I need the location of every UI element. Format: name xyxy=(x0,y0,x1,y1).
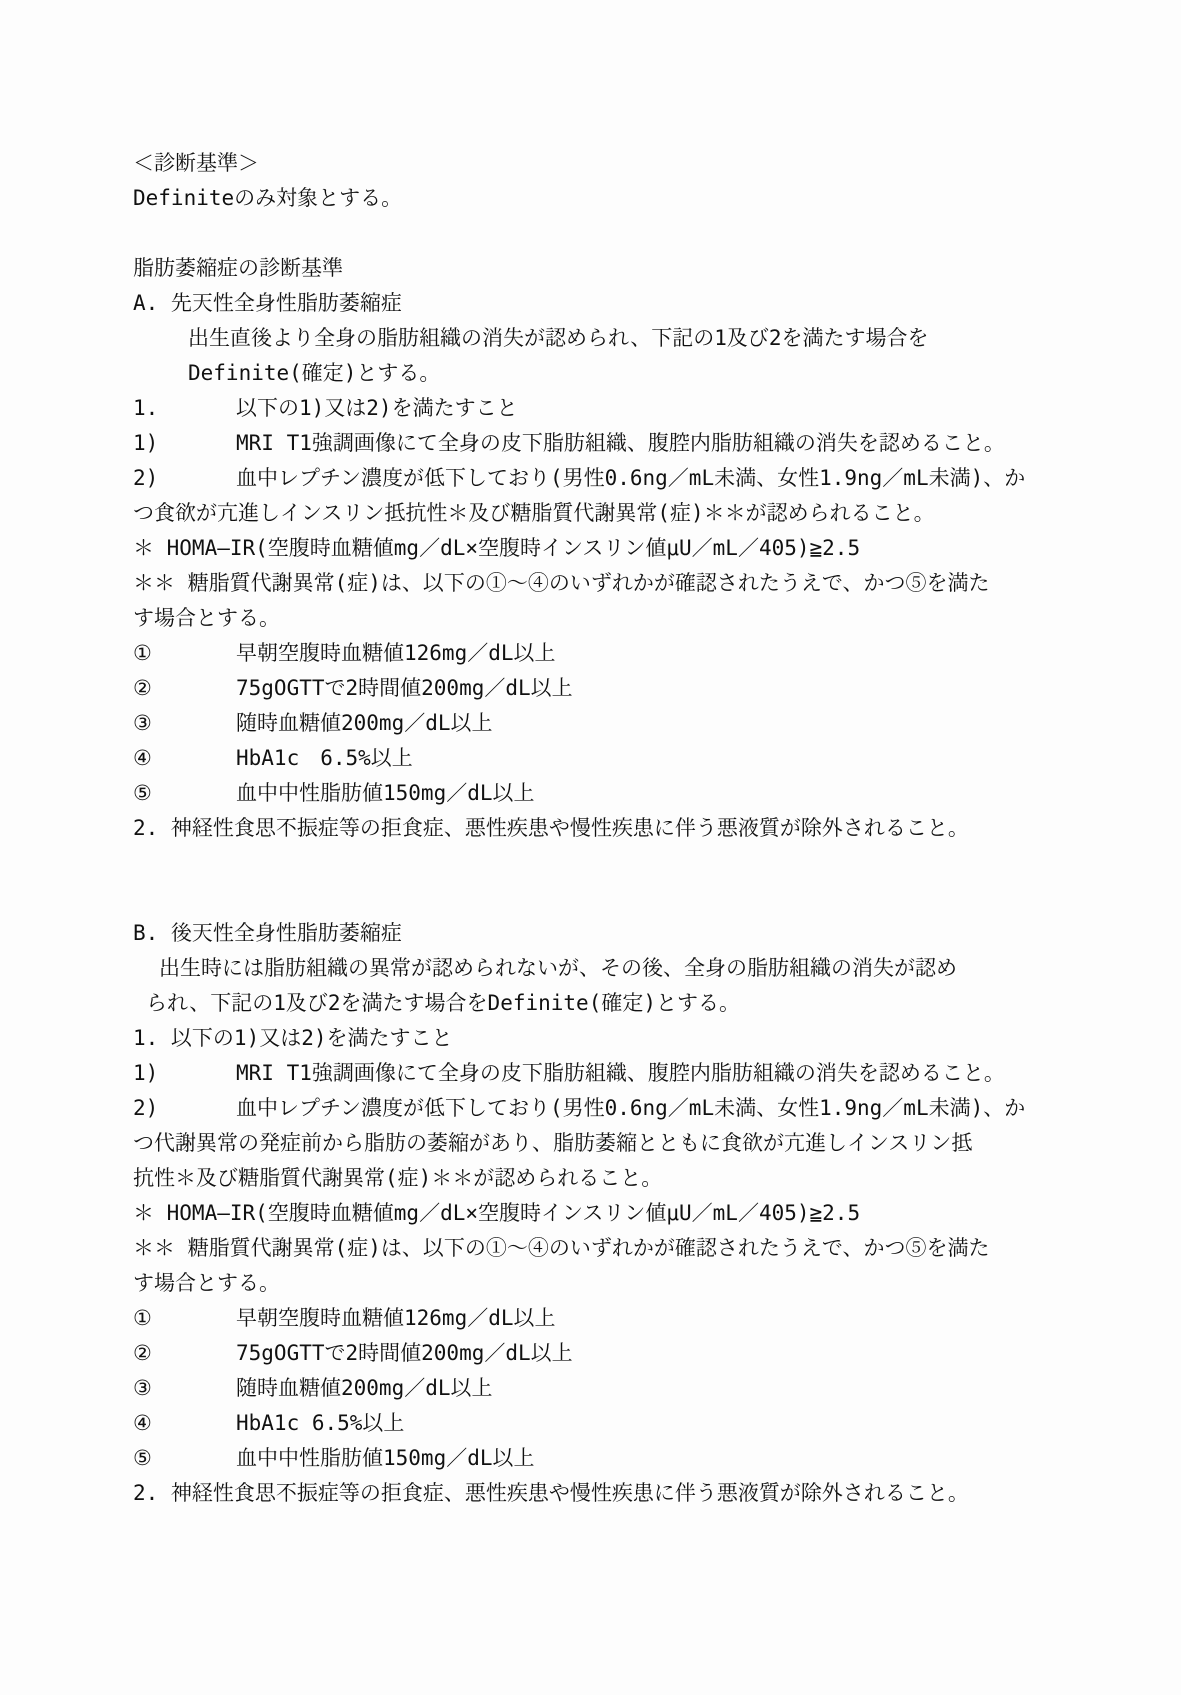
text-line: ②75gOGTTで2時間値200mg／dL以上 xyxy=(133,1336,1046,1371)
line-text: ＊ HOMA―IR(空腹時血糖値mg／dL×空腹時インスリン値μU／mL／405… xyxy=(133,1201,860,1225)
text-line: 抗性＊及び糖脂質代謝異常(症)＊＊が認められること。 xyxy=(133,1161,1046,1196)
line-text: 血中中性脂肪値150mg／dL以上 xyxy=(236,781,535,805)
line-text: 血中レプチン濃度が低下しており(男性0.6ng／mL未満、女性1.9ng／mL未… xyxy=(236,1096,1025,1120)
text-line: Definite(確定)とする。 xyxy=(133,356,1046,391)
text-line: す場合とする。 xyxy=(133,1266,1046,1301)
text-line: ①早朝空腹時血糖値126mg／dL以上 xyxy=(133,636,1046,671)
text-line: す場合とする。 xyxy=(133,601,1046,636)
line-text: 随時血糖値200mg／dL以上 xyxy=(236,711,493,735)
line-text: B. 後天性全身性脂肪萎縮症 xyxy=(133,921,402,945)
list-marker: 1. xyxy=(133,391,236,426)
text-line: ⑤血中中性脂肪値150mg／dL以上 xyxy=(133,776,1046,811)
line-text: 出生時には脂肪組織の異常が認められないが、その後、全身の脂肪組織の消失が認め xyxy=(159,956,957,980)
text-line: 出生時には脂肪組織の異常が認められないが、その後、全身の脂肪組織の消失が認め xyxy=(133,951,1046,986)
text-line: Definiteのみ対象とする。 xyxy=(133,181,1046,216)
line-text: ＊＊ 糖脂質代謝異常(症)は、以下の①～④のいずれかが確認されたうえで、かつ⑤を… xyxy=(133,1236,990,1260)
text-line: 1. 以下の1)又は2)を満たすこと xyxy=(133,1021,1046,1056)
line-text: 脂肪萎縮症の診断基準 xyxy=(133,256,343,280)
text-line xyxy=(133,881,1046,916)
line-text: つ食欲が亢進しインスリン抵抗性＊及び糖脂質代謝異常(症)＊＊が認められること。 xyxy=(133,501,935,525)
line-text: す場合とする。 xyxy=(133,1271,280,1295)
list-marker: ② xyxy=(133,671,236,706)
text-line: 1)MRI T1強調画像にて全身の皮下脂肪組織、腹腔内脂肪組織の消失を認めること… xyxy=(133,426,1046,461)
text-line: ①早朝空腹時血糖値126mg／dL以上 xyxy=(133,1301,1046,1336)
list-marker: ⑤ xyxy=(133,1441,236,1476)
text-line: 出生直後より全身の脂肪組織の消失が認められ、下記の1及び2を満たす場合を xyxy=(133,321,1046,356)
line-text: 以下の1)又は2)を満たすこと xyxy=(236,396,518,420)
text-line: ＜診断基準＞ xyxy=(133,146,1046,181)
text-line: ④HbA1c 6.5%以上 xyxy=(133,1406,1046,1441)
list-marker: ⑤ xyxy=(133,776,236,811)
text-line: 1.以下の1)又は2)を満たすこと xyxy=(133,391,1046,426)
line-text: ＊ HOMA―IR(空腹時血糖値mg／dL×空腹時インスリン値μU／mL／405… xyxy=(133,536,860,560)
text-line: A. 先天性全身性脂肪萎縮症 xyxy=(133,286,1046,321)
line-text: HbA1c 6.5%以上 xyxy=(236,746,413,770)
list-marker: 2) xyxy=(133,461,236,496)
list-marker: 1) xyxy=(133,426,236,461)
text-line: 2. 神経性食思不振症等の拒食症、悪性疾患や慢性疾患に伴う悪液質が除外されること… xyxy=(133,1476,1046,1511)
text-line: られ、下記の1及び2を満たす場合をDefinite(確定)とする。 xyxy=(133,986,1046,1021)
line-text: 2. 神経性食思不振症等の拒食症、悪性疾患や慢性疾患に伴う悪液質が除外されること… xyxy=(133,1481,969,1505)
document-body: ＜診断基準＞Definiteのみ対象とする。脂肪萎縮症の診断基準A. 先天性全身… xyxy=(133,146,1046,1511)
line-text: られ、下記の1及び2を満たす場合をDefinite(確定)とする。 xyxy=(146,991,740,1015)
line-text: MRI T1強調画像にて全身の皮下脂肪組織、腹腔内脂肪組織の消失を認めること。 xyxy=(236,431,1005,455)
line-text: 2. 神経性食思不振症等の拒食症、悪性疾患や慢性疾患に伴う悪液質が除外されること… xyxy=(133,816,969,840)
text-line: ③随時血糖値200mg／dL以上 xyxy=(133,1371,1046,1406)
text-line: ＊ HOMA―IR(空腹時血糖値mg／dL×空腹時インスリン値μU／mL／405… xyxy=(133,531,1046,566)
line-text: 75gOGTTで2時間値200mg／dL以上 xyxy=(236,676,573,700)
text-line: ③随時血糖値200mg／dL以上 xyxy=(133,706,1046,741)
list-marker: 1) xyxy=(133,1056,236,1091)
line-text: つ代謝異常の発症前から脂肪の萎縮があり、脂肪萎縮とともに食欲が亢進しインスリン抵 xyxy=(133,1131,972,1155)
line-text: 出生直後より全身の脂肪組織の消失が認められ、下記の1及び2を満たす場合を xyxy=(188,326,929,350)
text-line: 脂肪萎縮症の診断基準 xyxy=(133,251,1046,286)
text-line xyxy=(133,846,1046,881)
line-text: A. 先天性全身性脂肪萎縮症 xyxy=(133,291,402,315)
line-text: ＊＊ 糖脂質代謝異常(症)は、以下の①～④のいずれかが確認されたうえで、かつ⑤を… xyxy=(133,571,990,595)
text-line: 2)血中レプチン濃度が低下しており(男性0.6ng／mL未満、女性1.9ng／m… xyxy=(133,1091,1046,1126)
text-line: ④HbA1c 6.5%以上 xyxy=(133,741,1046,776)
list-marker: ① xyxy=(133,1301,236,1336)
text-line: つ代謝異常の発症前から脂肪の萎縮があり、脂肪萎縮とともに食欲が亢進しインスリン抵 xyxy=(133,1126,1046,1161)
text-line: つ食欲が亢進しインスリン抵抗性＊及び糖脂質代謝異常(症)＊＊が認められること。 xyxy=(133,496,1046,531)
list-marker: ③ xyxy=(133,706,236,741)
list-marker: ④ xyxy=(133,741,236,776)
list-marker: ③ xyxy=(133,1371,236,1406)
text-line: ②75gOGTTで2時間値200mg／dL以上 xyxy=(133,671,1046,706)
text-line: 2)血中レプチン濃度が低下しており(男性0.6ng／mL未満、女性1.9ng／m… xyxy=(133,461,1046,496)
list-marker: 2) xyxy=(133,1091,236,1126)
line-text: Definite(確定)とする。 xyxy=(188,361,440,385)
list-marker: ② xyxy=(133,1336,236,1371)
document-page: ＜診断基準＞Definiteのみ対象とする。脂肪萎縮症の診断基準A. 先天性全身… xyxy=(0,0,1181,1695)
line-text: ＜診断基準＞ xyxy=(133,151,259,175)
line-text: 血中レプチン濃度が低下しており(男性0.6ng／mL未満、女性1.9ng／mL未… xyxy=(236,466,1025,490)
line-text: 抗性＊及び糖脂質代謝異常(症)＊＊が認められること。 xyxy=(133,1166,662,1190)
line-text: Definiteのみ対象とする。 xyxy=(133,186,402,210)
text-line: ＊＊ 糖脂質代謝異常(症)は、以下の①～④のいずれかが確認されたうえで、かつ⑤を… xyxy=(133,1231,1046,1266)
text-line: 2. 神経性食思不振症等の拒食症、悪性疾患や慢性疾患に伴う悪液質が除外されること… xyxy=(133,811,1046,846)
text-line: ⑤血中中性脂肪値150mg／dL以上 xyxy=(133,1441,1046,1476)
text-line: 1)MRI T1強調画像にて全身の皮下脂肪組織、腹腔内脂肪組織の消失を認めること… xyxy=(133,1056,1046,1091)
line-text: HbA1c 6.5%以上 xyxy=(236,1411,404,1435)
text-line: ＊＊ 糖脂質代謝異常(症)は、以下の①～④のいずれかが確認されたうえで、かつ⑤を… xyxy=(133,566,1046,601)
line-text: 75gOGTTで2時間値200mg／dL以上 xyxy=(236,1341,573,1365)
text-line: B. 後天性全身性脂肪萎縮症 xyxy=(133,916,1046,951)
line-text: MRI T1強調画像にて全身の皮下脂肪組織、腹腔内脂肪組織の消失を認めること。 xyxy=(236,1061,1005,1085)
list-marker: ① xyxy=(133,636,236,671)
line-text: 血中中性脂肪値150mg／dL以上 xyxy=(236,1446,535,1470)
list-marker: ④ xyxy=(133,1406,236,1441)
text-line xyxy=(133,216,1046,251)
line-text: 早朝空腹時血糖値126mg／dL以上 xyxy=(236,1306,556,1330)
line-text: す場合とする。 xyxy=(133,606,280,630)
text-line: ＊ HOMA―IR(空腹時血糖値mg／dL×空腹時インスリン値μU／mL／405… xyxy=(133,1196,1046,1231)
line-text: 1. 以下の1)又は2)を満たすこと xyxy=(133,1026,453,1050)
line-text: 早朝空腹時血糖値126mg／dL以上 xyxy=(236,641,556,665)
line-text: 随時血糖値200mg／dL以上 xyxy=(236,1376,493,1400)
